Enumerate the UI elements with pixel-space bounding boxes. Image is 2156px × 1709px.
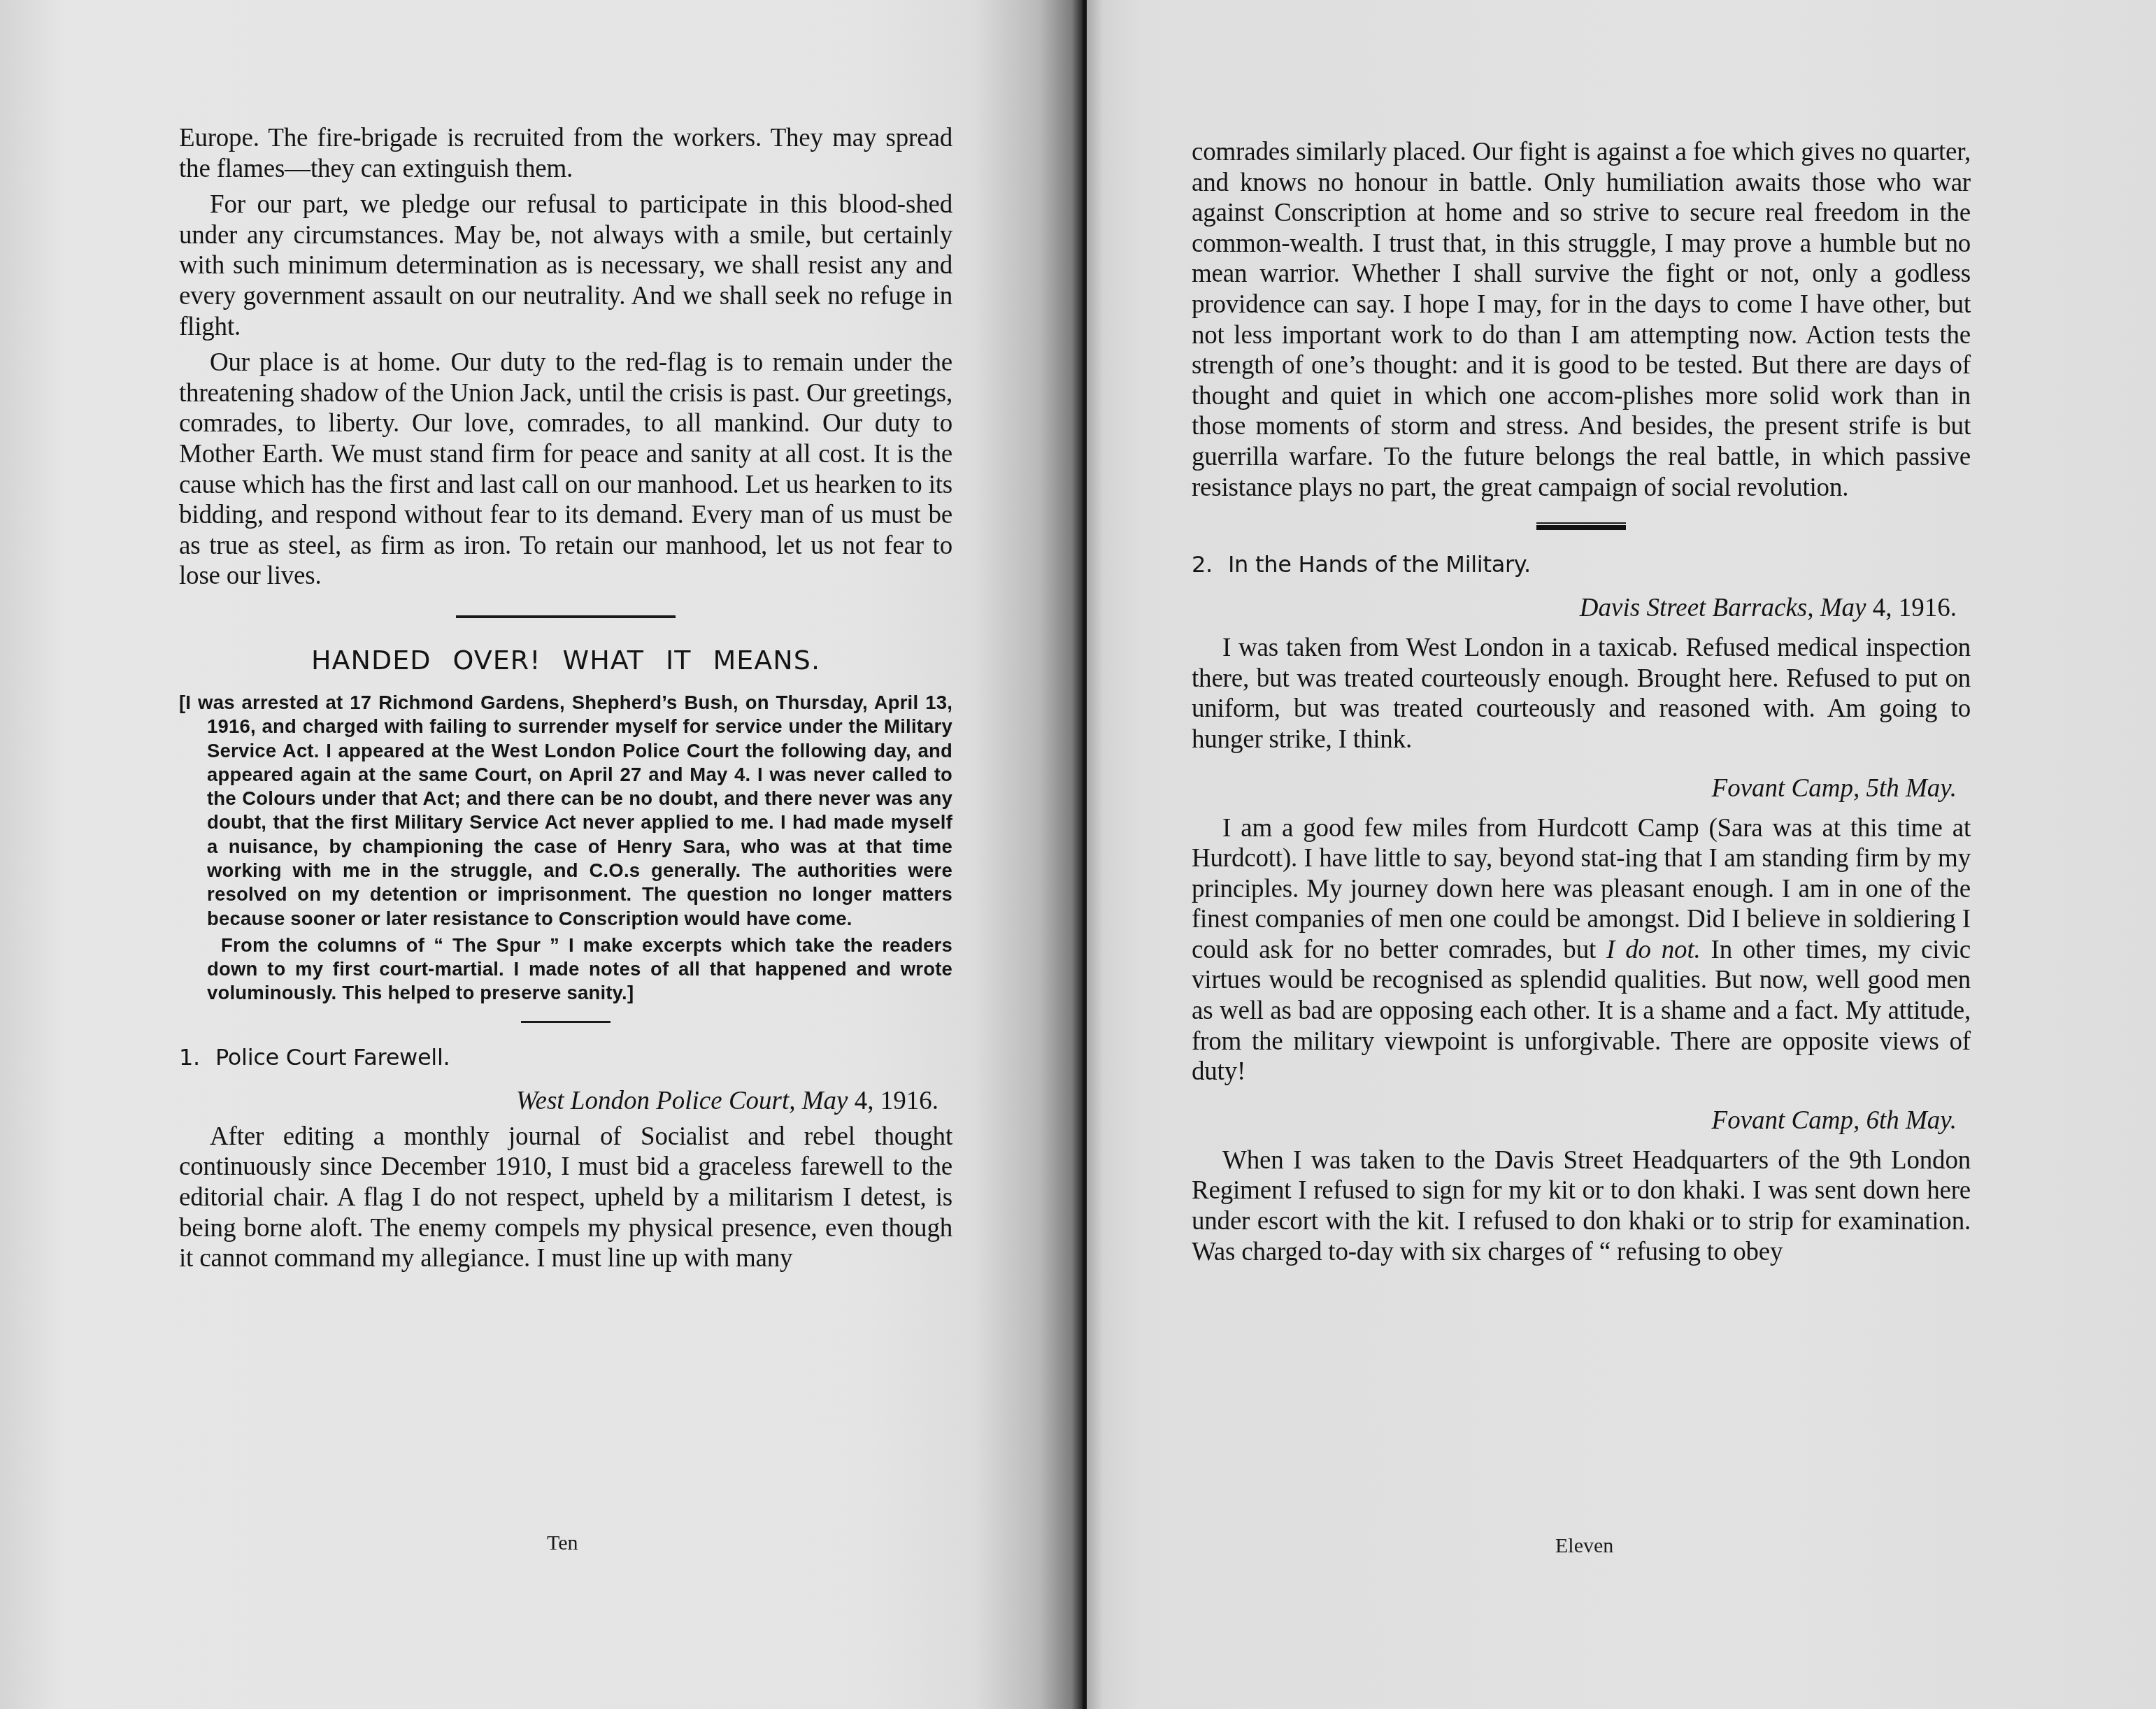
emphasis-text: I do not.	[1606, 936, 1700, 964]
left-page-column: Europe. The fire-brigade is recruited fr…	[179, 123, 952, 1274]
section-heading: 1.Police Court Farewell.	[179, 1044, 952, 1071]
dateline-date: 4, 1916.	[848, 1087, 939, 1115]
section-title: Police Court Farewell.	[215, 1044, 450, 1071]
book-spread: Europe. The fire-brigade is recruited fr…	[0, 0, 2156, 1709]
section-divider	[1536, 522, 1626, 530]
dateline-date: 4, 1916.	[1866, 594, 1957, 622]
paragraph: Europe. The fire-brigade is recruited fr…	[179, 123, 952, 184]
dateline-place: Fovant Camp, 6th May.	[1712, 1106, 1957, 1135]
paragraph: comrades similarly placed. Our fight is …	[1192, 137, 1971, 503]
paragraph: For our part, we pledge our refusal to p…	[179, 190, 952, 342]
paragraph: After editing a monthly journal of Socia…	[179, 1122, 952, 1274]
diary-entry: I am a good few miles from Hurdcott Camp…	[1192, 813, 1971, 1087]
section-heading: 2.In the Hands of the Military.	[1192, 551, 1971, 578]
section-number: 2.	[1192, 551, 1213, 578]
divider-thin-line	[1536, 522, 1626, 524]
dateline-place: Davis Street Barracks, May	[1580, 594, 1866, 622]
right-page-column: comrades similarly placed. Our fight is …	[1192, 137, 1971, 1267]
dateline-place: Fovant Camp, 5th May.	[1712, 774, 1957, 803]
dateline: Fovant Camp, 6th May.	[1192, 1106, 1957, 1136]
section-divider	[521, 1021, 611, 1023]
left-page: Europe. The fire-brigade is recruited fr…	[0, 0, 1083, 1709]
chapter-heading: HANDED OVER! WHAT IT MEANS.	[179, 645, 952, 675]
intro-note: From the columns of “ The Spur ” I make …	[179, 934, 952, 1006]
divider-thick-line	[1536, 525, 1626, 530]
dateline: Davis Street Barracks, May 4, 1916.	[1192, 593, 1957, 623]
dateline-place: West London Police Court, May	[516, 1087, 848, 1115]
section-number: 1.	[179, 1044, 200, 1071]
page-number: Ten	[547, 1531, 578, 1555]
section-title: In the Hands of the Military.	[1228, 551, 1531, 578]
dateline: West London Police Court, May 4, 1916.	[179, 1086, 938, 1116]
diary-entry: I was taken from West London in a taxica…	[1192, 633, 1971, 755]
page-number: Eleven	[1555, 1534, 1613, 1558]
section-divider	[456, 615, 676, 618]
right-page: comrades similarly placed. Our fight is …	[1087, 0, 2156, 1709]
paragraph: Our place is at home. Our duty to the re…	[179, 348, 952, 592]
dateline: Fovant Camp, 5th May.	[1192, 773, 1957, 803]
intro-note: [I was arrested at 17 Richmond Gardens, …	[179, 691, 952, 931]
diary-entry: When I was taken to the Davis Street Hea…	[1192, 1145, 1971, 1267]
